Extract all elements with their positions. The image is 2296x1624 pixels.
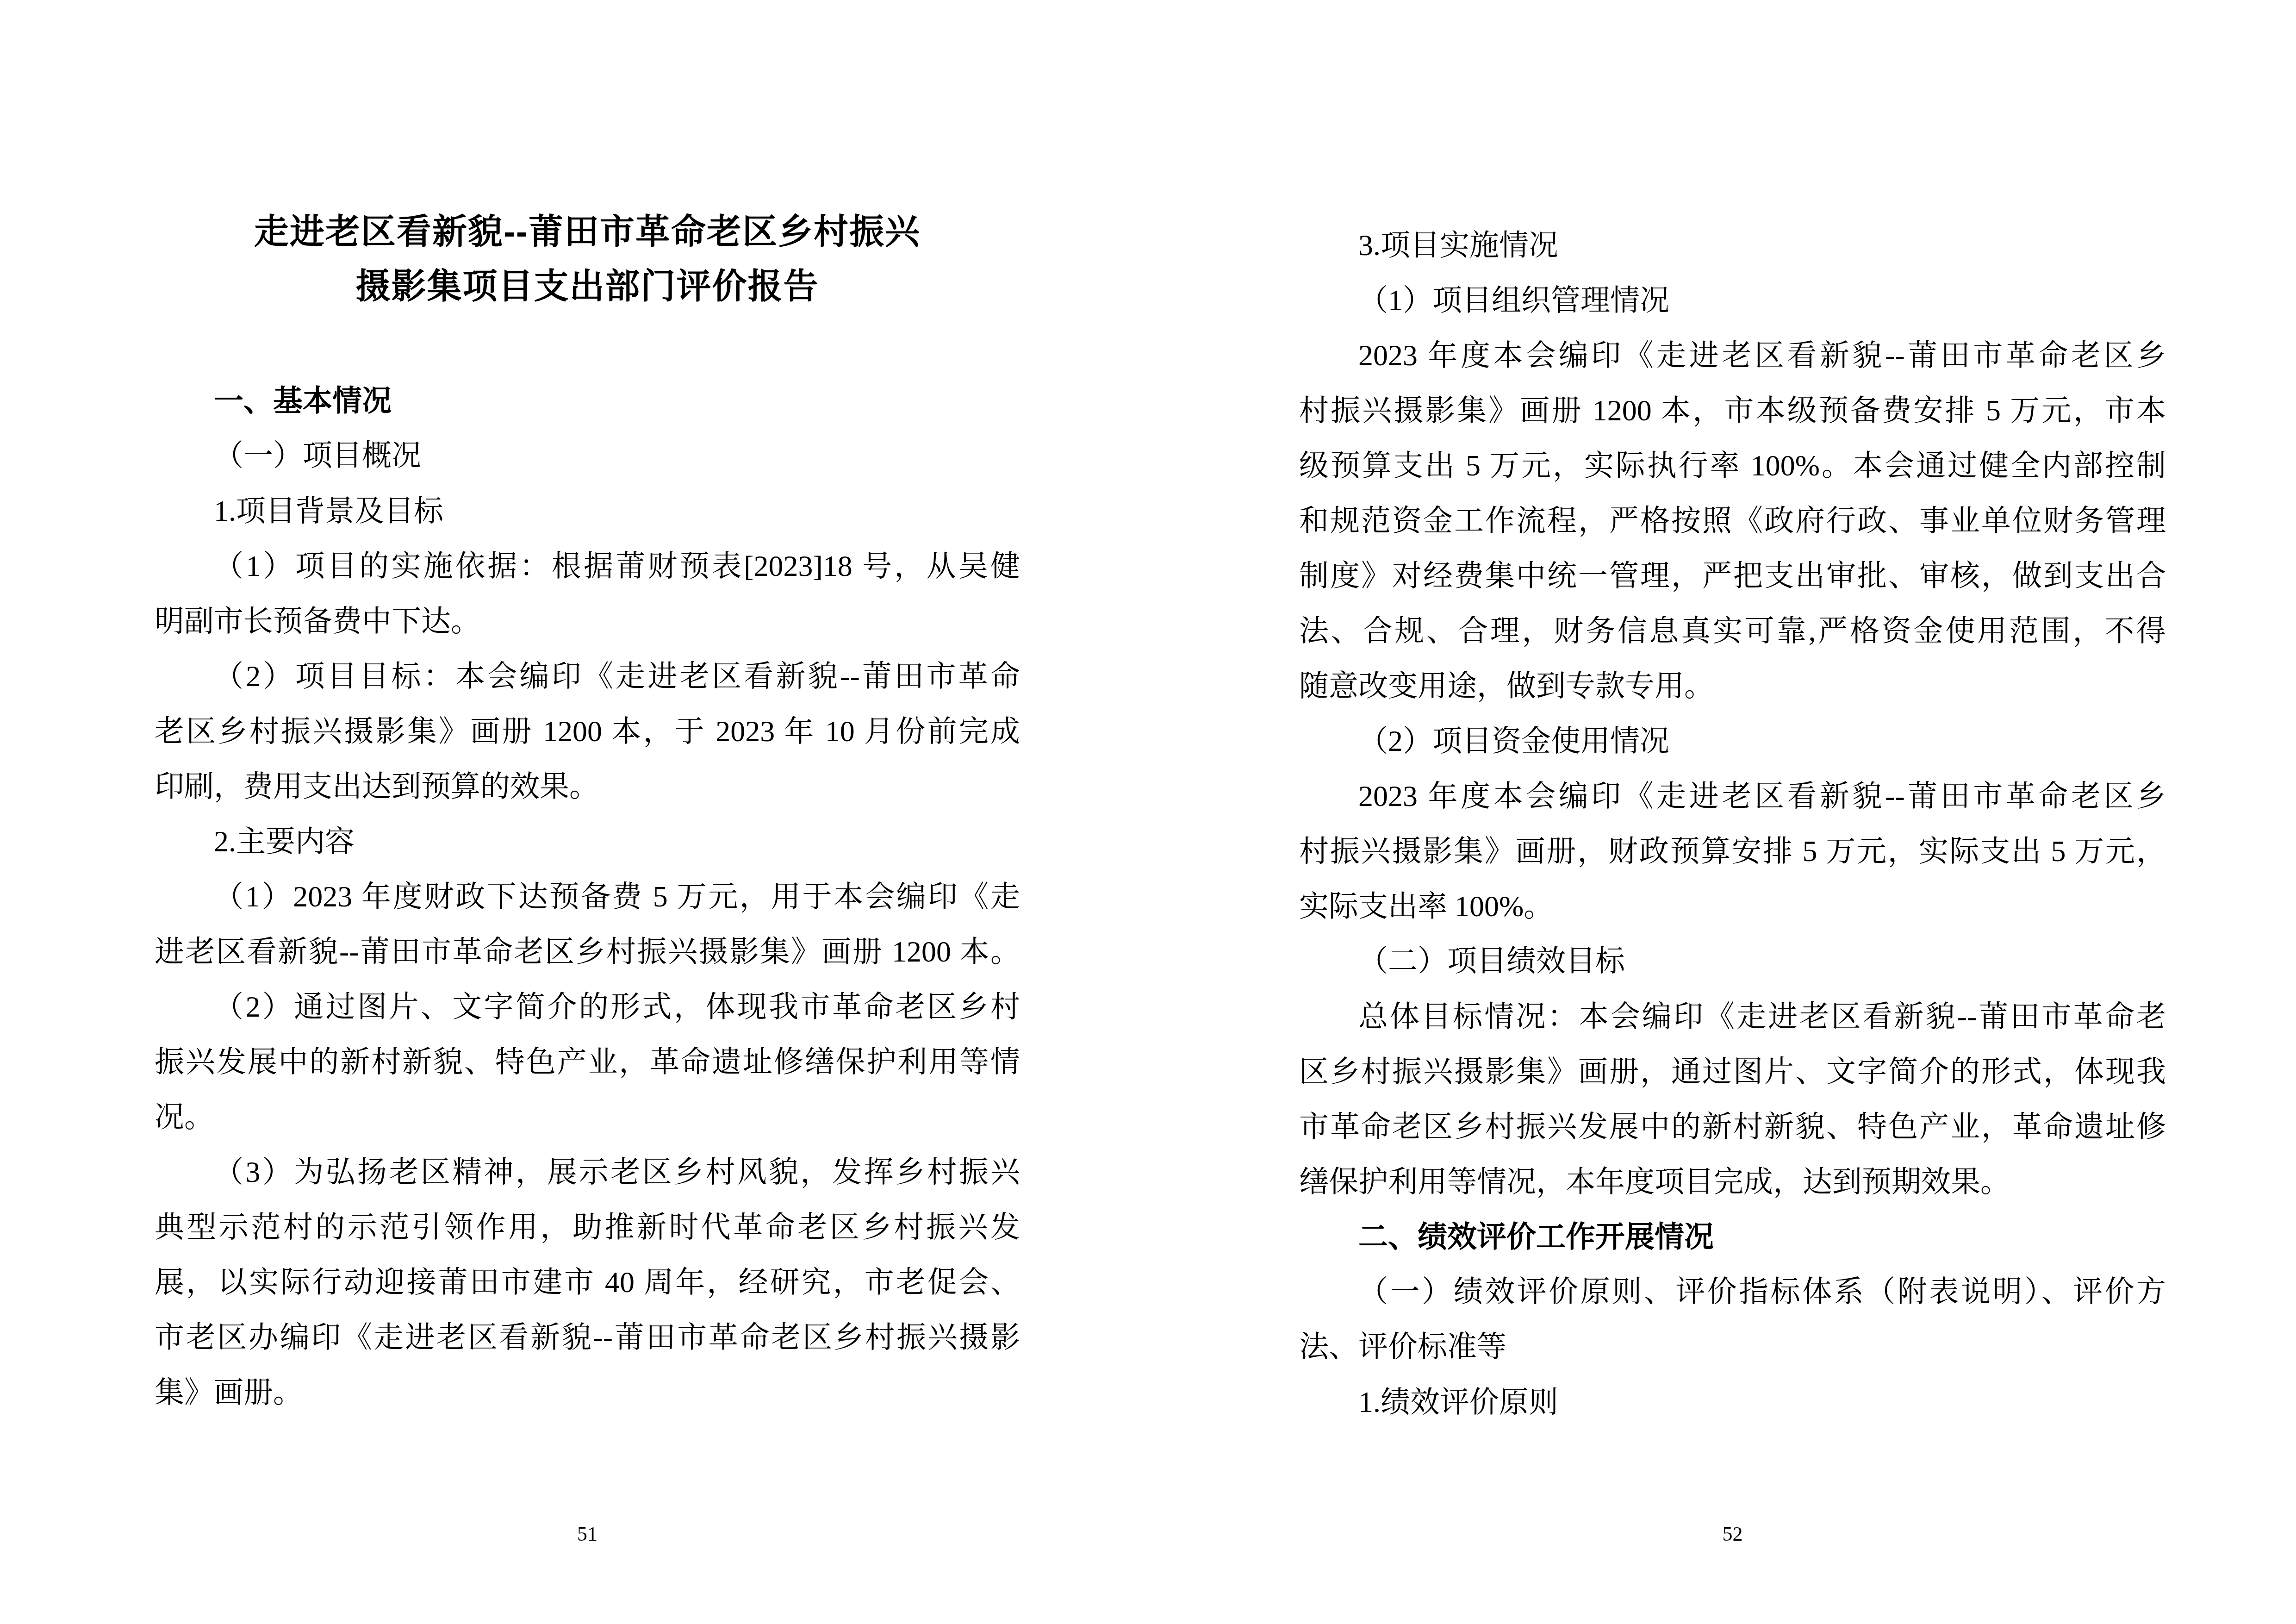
text-line: 振兴发展中的新村新貌、特色产业，革命遗址修缮保护利用等情	[155, 1034, 1020, 1089]
text-line: （1）项目的实施依据：根据莆财预表[2023]18 号，从吴健	[155, 538, 1020, 593]
text-line: 二、绩效评价工作开展情况	[1299, 1209, 2166, 1264]
text-line: 随意改变用途，做到专款专用。	[1299, 658, 2166, 713]
text-line: 1.绩效评价原则	[1299, 1374, 2166, 1430]
page-body-52: 3.项目实施情况（1）项目组织管理情况2023 年度本会编印《走进老区看新貌--…	[1299, 218, 2166, 1430]
title-line-2: 摄影集项目支出部门评价报告	[155, 259, 1020, 313]
page-body-51: 一、基本情况（一）项目概况1.项目背景及目标（1）项目的实施依据：根据莆财预表[…	[155, 373, 1020, 1420]
text-line: （2）项目目标：本会编印《走进老区看新貌--莆田市革命	[155, 649, 1020, 704]
text-line: 进老区看新貌--莆田市革命老区乡村振兴摄影集》画册 1200 本。	[155, 924, 1020, 979]
page-52: 3.项目实施情况（1）项目组织管理情况2023 年度本会编印《走进老区看新貌--…	[1299, 0, 2166, 1624]
text-line: （1）2023 年度财政下达预备费 5 万元，用于本会编印《走	[155, 869, 1020, 924]
text-line: 展，以实际行动迎接莆田市建市 40 周年，经研究，市老促会、	[155, 1255, 1020, 1310]
text-line: （3）为弘扬老区精神，展示老区乡村风貌，发挥乡村振兴	[155, 1144, 1020, 1199]
text-line: 区乡村振兴摄影集》画册，通过图片、文字简介的形式，体现我	[1299, 1044, 2166, 1099]
text-line: 市革命老区乡村振兴发展中的新村新貌、特色产业，革命遗址修	[1299, 1099, 2166, 1154]
text-line: 2023 年度本会编印《走进老区看新貌--莆田市革命老区乡	[1299, 768, 2166, 824]
text-line: 和规范资金工作流程，严格按照《政府行政、事业单位财务管理	[1299, 493, 2166, 548]
text-line: 法、合规、合理，财务信息真实可靠,严格资金使用范围，不得	[1299, 603, 2166, 658]
text-line: 典型示范村的示范引领作用，助推新时代革命老区乡村振兴发	[155, 1199, 1020, 1255]
text-line: 村振兴摄影集》画册，财政预算安排 5 万元，实际支出 5 万元，	[1299, 824, 2166, 879]
text-line: （二）项目绩效目标	[1299, 934, 2166, 989]
text-line: 一、基本情况	[155, 373, 1020, 428]
text-line: 老区乡村振兴摄影集》画册 1200 本，于 2023 年 10 月份前完成	[155, 704, 1020, 759]
document-title: 走进老区看新貌--莆田市革命老区乡村振兴 摄影集项目支出部门评价报告	[155, 204, 1020, 313]
text-line: 实际支出率 100%。	[1299, 879, 2166, 934]
text-line: （一）项目概况	[155, 428, 1020, 483]
text-line: 况。	[155, 1089, 1020, 1144]
text-line: （一）绩效评价原则、评价指标体系（附表说明）、评价方	[1299, 1264, 2166, 1319]
text-line: 印刷，费用支出达到预算的效果。	[155, 759, 1020, 814]
text-line: 2023 年度本会编印《走进老区看新貌--莆田市革命老区乡	[1299, 328, 2166, 383]
text-line: 1.项目背景及目标	[155, 483, 1020, 538]
text-line: （2）通过图片、文字简介的形式，体现我市革命老区乡村	[155, 979, 1020, 1034]
text-line: 明副市长预备费中下达。	[155, 593, 1020, 649]
text-line: 3.项目实施情况	[1299, 218, 2166, 273]
text-line: 集》画册。	[155, 1365, 1020, 1420]
page-51: 走进老区看新貌--莆田市革命老区乡村振兴 摄影集项目支出部门评价报告 一、基本情…	[155, 0, 1020, 1624]
text-line: （2）项目资金使用情况	[1299, 713, 2166, 768]
document-spread: 走进老区看新貌--莆田市革命老区乡村振兴 摄影集项目支出部门评价报告 一、基本情…	[0, 0, 2296, 1624]
page-number: 51	[155, 1522, 1020, 1546]
title-line-1: 走进老区看新貌--莆田市革命老区乡村振兴	[155, 204, 1020, 259]
text-line: 市老区办编印《走进老区看新貌--莆田市革命老区乡村振兴摄影	[155, 1310, 1020, 1365]
text-line: 级预算支出 5 万元，实际执行率 100%。本会通过健全内部控制	[1299, 438, 2166, 493]
text-line: 制度》对经费集中统一管理，严把支出审批、审核，做到支出合	[1299, 548, 2166, 603]
text-line: 缮保护利用等情况，本年度项目完成，达到预期效果。	[1299, 1154, 2166, 1209]
text-line: （1）项目组织管理情况	[1299, 273, 2166, 328]
text-line: 总体目标情况：本会编印《走进老区看新貌--莆田市革命老	[1299, 989, 2166, 1044]
page-number: 52	[1299, 1522, 2166, 1546]
text-line: 村振兴摄影集》画册 1200 本，市本级预备费安排 5 万元，市本	[1299, 383, 2166, 438]
text-line: 法、评价标准等	[1299, 1319, 2166, 1374]
text-line: 2.主要内容	[155, 814, 1020, 869]
